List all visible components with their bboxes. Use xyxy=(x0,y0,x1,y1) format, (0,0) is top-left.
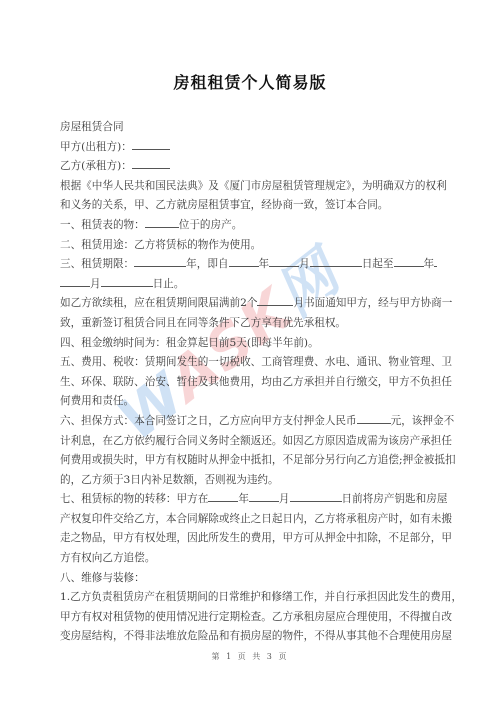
clause-1-blank xyxy=(145,216,179,228)
clause-5-line-1: 五、费用、税收：赁期间发生的一切税收、工商管理费、水电、通讯、物业管理、卫 xyxy=(60,353,444,373)
deposit-amount-blank xyxy=(357,412,391,424)
clause-3-line-2: 月日止。 xyxy=(60,275,444,295)
clause-7-line-1: 七、租赁标的物的转移：甲方在年月日前将房产钥匙和房屋 xyxy=(60,490,444,510)
handover-month-blank xyxy=(249,490,279,502)
start-year-blank xyxy=(229,255,259,267)
preamble-line-1: 根据《中华人民共和国民法典》及《厦门市房屋租赁管理规定》，为明确双方的权利 xyxy=(60,177,444,197)
clause-3-line-1: 三、租赁期限：年，即自年月日起至年 xyxy=(60,255,444,275)
document-title: 房租租赁个人简易版 xyxy=(0,70,500,93)
clause-6-line-1: 六、担保方式：本合同签订之日，乙方应向甲方支付押金人民币元，该押金不 xyxy=(60,412,444,432)
clause-8-line-3: 变房屋结构，不得非法堆放危险品和有损房屋的物件，不得从事其他不合理使用房屋 xyxy=(60,627,444,647)
clause-7-line-2: 产权复印件交给乙方，本合同解除或终止之日起日内，乙方将承租房产时，如有未搬 xyxy=(60,510,444,530)
end-year-tail xyxy=(434,255,437,267)
document-page: WASK网 房租租赁个人简易版 房屋租赁合同 甲方(出租方)： 乙方(承租方)：… xyxy=(0,0,500,706)
party-b-line: 乙方(承租方)： xyxy=(60,157,444,177)
end-day-blank xyxy=(101,275,153,287)
end-month-blank xyxy=(60,275,90,287)
clause-8-heading: 八、维修与装修： xyxy=(60,569,444,589)
renewal-line-1: 如乙方欲续租，应在租赁期间限届满前2个月书面通知甲方，经与甲方协商一 xyxy=(60,294,444,314)
clause-6-line-3: 何费用或损失时，甲方有权随时从押金中抵扣，不足部分另行向乙方追偿;押金被抵扣 xyxy=(60,451,444,471)
end-year-blank xyxy=(394,255,424,267)
clause-7-line-3: 走之物品，甲方有权处理，因此所发生的费用，甲方可从押金中扣除，不足部分，甲 xyxy=(60,529,444,549)
start-month-blank xyxy=(269,255,299,267)
renewal-months-blank xyxy=(257,294,293,306)
clause-4: 四、租金缴纳时间为：租金算起日前5天(即每半年前)。 xyxy=(60,334,444,354)
handover-day-blank xyxy=(290,490,342,502)
clause-6-line-2: 计利息，在乙方依约履行合同义务时全额返还。如因乙方原因造成需为该房产承担任 xyxy=(60,432,444,452)
preamble-line-2: 和义务的关系，甲、乙方就房屋租赁事宜，经协商一致，签订本合同。 xyxy=(60,196,444,216)
clause-6-line-4: 的，乙方须于3日内补足数额，否则视为违约。 xyxy=(60,471,444,491)
clause-5-line-2: 生、环保、联防、治安、暂住及其他费用，均由乙方承担并自行缴交，甲方不负担任 xyxy=(60,373,444,393)
contract-heading: 房屋租赁合同 xyxy=(60,118,444,138)
clause-2: 二、租赁用途：乙方将赁标的物作为使用。 xyxy=(60,236,444,256)
clause-8-line-1: 1.乙方负责租赁房产在租赁期间的日常维护和修缮工作，并自行承担因此发生的费用， xyxy=(60,588,444,608)
start-day-blank xyxy=(310,255,362,267)
handover-year-blank xyxy=(208,490,238,502)
clause-7-line-4: 方有权向乙方追偿。 xyxy=(60,549,444,569)
term-years-blank xyxy=(134,255,186,267)
page-number-footer: 第 1 页 共 3 页 xyxy=(0,651,500,662)
party-b-blank xyxy=(132,157,170,169)
renewal-line-2: 致，重新签订租赁合同且在同等条件下乙方享有优先承租权。 xyxy=(60,314,444,334)
document-body: 房屋租赁合同 甲方(出租方)： 乙方(承租方)： 根据《中华人民共和国民法典》及… xyxy=(60,118,444,647)
clause-5-line-3: 何费用和责任。 xyxy=(60,392,444,412)
party-a-line: 甲方(出租方)： xyxy=(60,138,444,158)
party-a-blank xyxy=(132,138,170,150)
clause-1: 一、租赁表的物：位于的房产。 xyxy=(60,216,444,236)
clause-8-line-2: 甲方有权对租赁物的使用情况进行定期检查。乙方承租房屋应合理使用，不得擅自改 xyxy=(60,608,444,628)
